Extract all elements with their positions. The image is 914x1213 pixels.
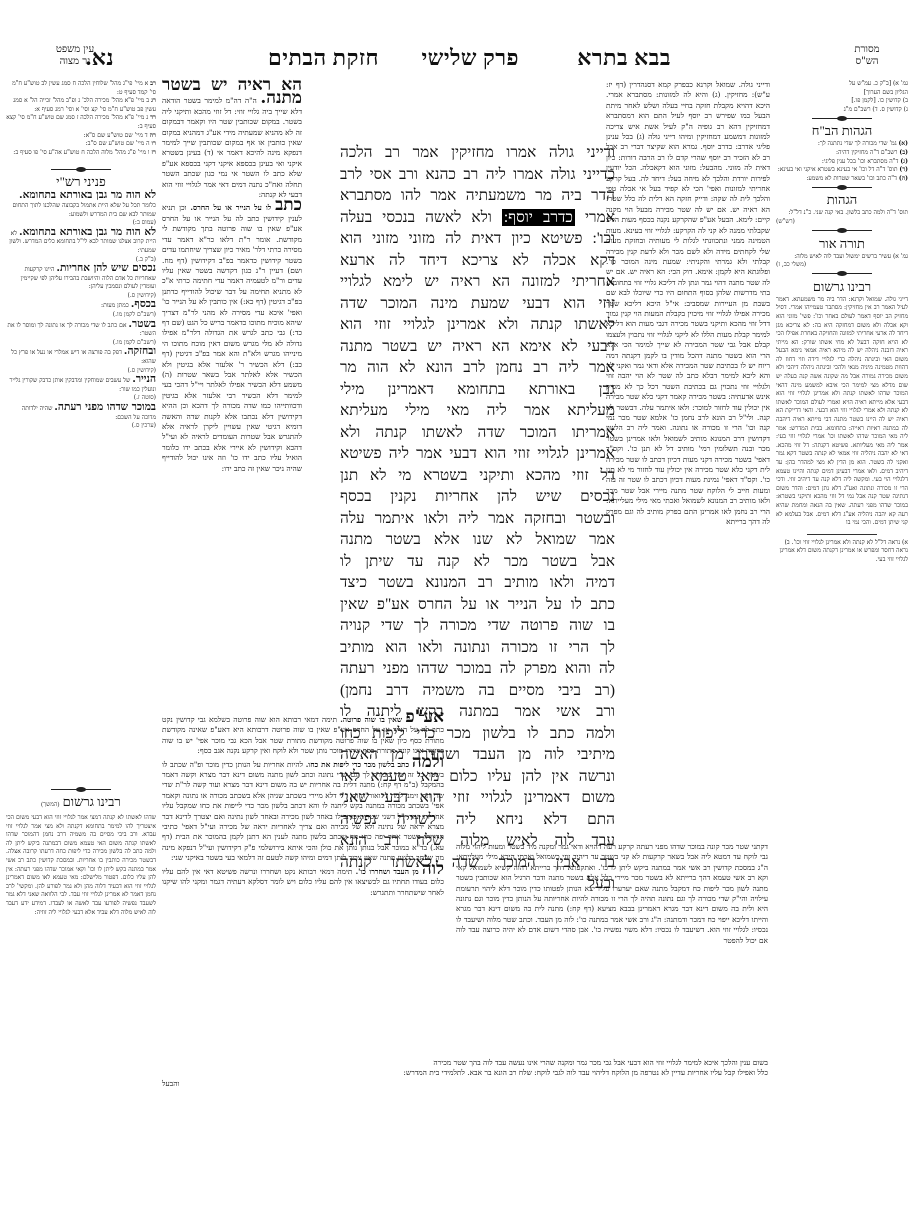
item-text: תוס' ד"ה דל וכו' אי בעינא בשטרא איקני וא… (778, 166, 898, 173)
pninei-rashi-item: לא הוה מר גבן באורתא בתחומא. כלומר תכל ע… (6, 191, 156, 227)
ein-mishpat-entry: רו ה מיי' שם טוש"ע שם ס"ב: (6, 140, 156, 149)
gemara-line: הדר ביה מר משמעתיה אמר להו מסתברא (340, 185, 615, 207)
rabbeinu-gershom-left: רבינו גרשום (המשך) שדהו לאשתו לא קנתה דמ… (6, 785, 156, 917)
ein-mishpat-entry: רז ו מיי' פ"ג מהל' מלוה הלכה ח טוש"ע אה"… (6, 149, 156, 158)
item-mark: (ה) (899, 175, 908, 182)
gemara-line: כתב לו על הנייר או על החרס אע"פ שאין (340, 594, 615, 616)
tractate-name: בבא בתרא (577, 46, 671, 70)
ein-mishpat-label: עין משפט (40, 44, 110, 56)
rashi-column: ודייני גולה. שמואל וקרנא כבפרק קמא דסנהד… (606, 80, 770, 527)
tosafot-paragraph: הא ראיה יש בשטר מתנה. ה"ה דה"מ למימר בשט… (162, 80, 302, 200)
hagahot-bach-item: (ה) ד"ה כתב וכו' בשאר שטרות לא משמע: (776, 175, 908, 184)
tosafot-line: לטעם זה דלמאי בעי בשטר באיקני שני: (171, 853, 283, 862)
tosafot-line: ר"י דלא מיירי בשכתב שניהן אלא בשכתב מכור… (162, 791, 348, 800)
item-head: לא הוה מר גבן באורתא בתחומא. (19, 226, 156, 238)
item-head: במוכר שדהו מפני רעתה. (54, 401, 156, 413)
highlighted-phrase: כדרב יוסף: (502, 209, 575, 226)
rashi-final: בשום ענין והלכך איכא למימר לגלויי זוזי ה… (162, 1058, 768, 1089)
tosafot-column: הא ראיה יש בשטר מתנה. ה"ה דה"מ למימר בשט… (162, 80, 302, 474)
gemara-line: אמר ליה רב נחמן לרב הונא לא הוה מר (340, 357, 615, 379)
item-head: לא הוה מר גבן באורתא בתחומא. (19, 189, 156, 201)
item-head: בכסף. (131, 298, 156, 310)
tosafot-line: להתגרש אבל שטרות העומדים לראיה (191, 432, 302, 441)
tosafot-line: הכשיר ר' אלעזר אלא בגיטין ולא (162, 360, 268, 369)
gemara-line: דקא אכלה לא צריכא דיחד לה ארעא (340, 250, 615, 272)
item-ref: (ערכין ס.) (6, 422, 156, 431)
hagahot-bach-section: (א) גמ' שדי מכורה לך שדי נתתנה לך: (ב) ר… (776, 140, 908, 183)
gemara-line: ודייני גולה אמרו מחזיקין אמר רב הלכה (340, 142, 615, 164)
rashi-line: שטר מתנה מיירי אבל שטר מכר (606, 486, 703, 495)
hagahot-text: תוס' ד"ה ולמה כתב בלשון. באי קנה שני. כ"… (776, 209, 908, 218)
gemara-line: אמרי כדרב יוסף: ולא לאשה בנכסי בעלה (340, 207, 615, 229)
catchword: והבעל (162, 1079, 768, 1089)
tosafot-line: הכשיר רבי אלעזר אלא בגיטין (162, 391, 261, 400)
tosafot-line: על הנייר או על החרס אע"פ שאין בו שוה פרו… (210, 725, 418, 734)
shas-label: הש"ס (832, 56, 902, 68)
rashi-line: עד דמטא ליה אבל בשאר קרקעות לא קני בשטר … (573, 852, 741, 861)
masoret-section: גמ' א) [ב"ק כ. עמ"ש על הגליון בשם הערוך]… (776, 80, 908, 114)
entry-mark: רה (150, 132, 156, 139)
gemara-line: דל זוזי מהכא ותיקני בשטרא מי לא תנן (340, 465, 615, 487)
gemara-line: אבל בשטר מכר לא קנה עד שיתן לו (340, 551, 615, 573)
tosafot-paragraph: אע"פ שאין בו שוה פרוטה. תימה דמאי רבותא … (162, 712, 444, 757)
hagahot-section: תוס' ד"ה ולמה כתב בלשון. באי קנה שני. כ"… (776, 209, 908, 226)
pninei-rashi-item: בשטר. אם כתב לו שדי מכורה לך או נתונה לך… (6, 320, 156, 348)
tosafot-line: שהיה ניכר שאין זה כתב ידו: (222, 464, 302, 473)
gemara-word: אמרי (585, 209, 615, 226)
tosafot-line: כתב לגרש את הגדולה דלר"מ אפילו (162, 328, 273, 337)
entry-text: ה מיי' שם טוש"ע שם ס"ב: (86, 140, 150, 147)
ornament-divider (776, 114, 908, 122)
rashi-line: אשי אמר במתנה ביקש ליתן לו כו'. ואתקפתא … (513, 863, 700, 872)
right-margin: גמ' א) [ב"ק כ. עמ"ש על הגליון בשם הערוך]… (776, 80, 908, 565)
pninei-rashi-section: לא הוה מר גבן באורתא בתחומא. כלומר תכל ע… (6, 191, 156, 430)
tosafot-line: דנפקא מינה להיכא דאמר אי (217, 148, 302, 157)
entry-text: ד מיי' שם טוש"ע שם ס"א: (84, 132, 148, 139)
hagahot-title: הגהות (776, 191, 908, 209)
ornament-divider (776, 183, 908, 191)
hagahot-ref: (רש"ש) (776, 218, 908, 227)
tosafot-dibbur-rest: מן העבד ושחררו כו'. (356, 867, 419, 876)
item-mark: (ג) (900, 158, 908, 165)
pninei-rashi-item: נכסים שיש להן אחריות. היינו קרקעות שאחרי… (6, 264, 156, 300)
rabbeinu-gershom-text: דייני גולה. שמואל וקרנא: הדר ביה מר משמע… (776, 296, 908, 528)
rashi-line: לשון מכר ליפות כח דמקבל מתנה שאם יערערו … (567, 884, 750, 893)
pninei-rashi-item: ובחזקה. דפק בה פורצה או דיש אמלרי או נעל… (6, 347, 156, 375)
item-mark: (ב) (899, 149, 908, 156)
pninei-rashi-item: הנייר. של עשבים שמוחקין ומדבקין אותן כדב… (6, 375, 156, 403)
ein-mishpat-entry: רה ד מיי' שם טוש"ע שם ס"א: (6, 132, 156, 141)
ornament-divider (6, 785, 156, 793)
rashi-line: וגם נתונה תהיה לך הרי זו מכורה להיות אחר… (516, 894, 685, 903)
ein-mishpat-entry: רב א מיי' פי"ג מהל' שלוחין הלכה ח סמג עש… (6, 80, 156, 97)
tosafot-line: אפי' בשכתב מכורה במתנה בקש ליתנה לו והא … (257, 801, 444, 810)
entry-mark: רו (152, 140, 156, 147)
item-mark: (ד) (899, 166, 908, 173)
rashi-paragraph: דקתני שטר מכר קונה במוכר שדהו מפני רעתה … (456, 842, 768, 946)
ornament-divider (6, 165, 156, 173)
gemara-line: אמר שמואל לא שנו אלא בשטר מתנה (340, 529, 615, 551)
gemara-line: אמריתו המוכר שדה לאשתו קנתה ולא (340, 422, 615, 444)
ornament-divider (776, 270, 908, 278)
item-head: הנייר. (132, 373, 156, 385)
gemara-line: גבן באורתא בתחומא דאמרינן מילי (340, 379, 615, 401)
tosafot-line: בכספא איקני דקני בכספא אע"פ (162, 159, 256, 168)
masoret-line: ב) קדושין כו. [לקמן פו.] (776, 97, 908, 106)
tosafot-dibbur-hamatchil: לוה (422, 859, 444, 879)
rashi-line: כלל ואפילו קבל עליו אחריות עדיין לא נטרפ… (162, 1068, 768, 1078)
rashi-lower: דקתני שטר מכר קונה במוכר שדהו מפני רעתה … (456, 842, 768, 946)
rabbeinu-gershom-left-title: רבינו גרשום (המשך) (6, 793, 156, 814)
hagahot-bach-title: הגהות הב"ח (776, 122, 908, 140)
tosafot-line: דעיין ר"נ כגון דקדשה בשטר שאין (178, 266, 283, 275)
tosafot-line: כתב ידו כו' וזה אינו יכול להודייף (162, 453, 266, 462)
torah-or-text: גמ' א) עשיר ברשים ימשול ועבד לוה לאיש מל… (776, 253, 908, 262)
rashi-line: דקתני שטר מכר קונה במוכר שדהו מפני רעתה … (604, 842, 768, 851)
gemara-line: לך הרי זו מכורה ונתונה ולאו הוא מותיב (340, 637, 615, 659)
hagahot-bach-item: (ד) תוס' ד"ה דל וכו' אי בעינא בשטרא איקנ… (776, 166, 908, 175)
masoret-line: הגליון בשם הערוך] (776, 89, 908, 98)
masoret-line: ג) קדושין ס. ד) רשב"ם מ"ג (776, 106, 908, 115)
chapter-number: פרק שלישי (421, 46, 519, 70)
item-head: ובחזקה. (124, 345, 156, 357)
rabbeinu-gershom-title: רבינו גרשום (776, 278, 908, 296)
gemara-line: אמרינן לגלויי זוזי הוא דבעי אמר ליה פשיט… (340, 443, 615, 465)
section-subtitle: (המשך) (41, 802, 59, 808)
tosafot-lower: אע"פ שאין בו שוה פרוטה. תימה דמאי רבותא … (162, 712, 444, 898)
tosafot-line: הכשיר אלא לאלתר אבל בשאר (202, 370, 302, 379)
item-text: גמ' שדי מכורה לך שדי נתתנה לך: (818, 140, 897, 147)
tosafot-line: שאין עשויין ליקרן לראיה אלא (162, 422, 260, 431)
entry-mark: רד (150, 114, 156, 121)
ner-mitzvah-label: נר מצוה (40, 56, 110, 68)
tosafot-dibbur-rest: שאין בו שוה פרוטה. (340, 715, 402, 724)
tosafot-paragraph: כתב לו על הנייר או על החרס. וכן תניא לענ… (162, 200, 302, 474)
tosafot-line: דגיטין (דף כא:) אין כותבין לא על (189, 297, 285, 306)
tosafot-line: אבל בנותן נותן את כולן והכי איתא בירושלמ… (199, 843, 389, 852)
hagahot-bach-item: (א) גמ' שדי מכורה לך שדי נתתנה לך: (776, 140, 908, 149)
entry-text: ג מיי' פ"א מהל' מכירה הלכה ז סמג שם טוש"… (6, 114, 156, 130)
gemara-line: ובשטר ובחזקה אמר ליה ולאו איתמר עלה (340, 508, 615, 530)
page-header: מסורת הש"ס חזקת הבתים פרק שלישי בבא בתרא… (0, 38, 914, 78)
rashi-line: בשום ענין והלכך איכא למימר לגלויי זוזי ה… (162, 1058, 768, 1068)
gemara-line: זוזי הוא דבעי שמעת מינה המוכר שדה (340, 293, 615, 315)
gemara-line: אחריתי למזונה הא ראיה יש לימא לגלויי (340, 271, 615, 293)
entry-mark: רב (150, 80, 156, 87)
tosafot-line: גדולה לא מלי מגרש משום דאין מוכח (191, 339, 302, 348)
tosafot-paragraph: לוה מן העבד ושחררו כו'. תימה דמאי רבותא … (162, 864, 444, 898)
gemara-line: וכו': פשיטא כיון דאית לה מזוני מזוני הוא (340, 228, 615, 250)
tosafot-line: מקודשת. אומר ר"ת דלאו כר"א דאמר (177, 235, 302, 244)
item-head: בשטר. (128, 318, 156, 330)
torah-or-ref: (משלי כב, ז) (776, 261, 908, 270)
tosafot-dibbur-rest: לו על הנייר או על החרס. (190, 203, 271, 212)
tosafot-line: יראה של נתינה ולא של מכירה ואם צריך לאחר… (219, 822, 424, 831)
item-text: רשב"ם ד"ה מחזיקין דהיה: (836, 149, 897, 156)
gemara-word: ולא לאשה בנכסי בעלה (340, 209, 492, 226)
rabbeinu-gershom-footnote: א) נראה דל"ל לא קנתה ולא אמרינן לגלויי ז… (776, 539, 908, 565)
entry-text: ו מיי' פ"ג מהל' מלוה הלכה ח טוש"ע אה"ע ס… (13, 149, 149, 156)
entry-mark: רג (151, 97, 156, 104)
pninei-rashi-item: לא הוה מר גבן באורתא בתחומא. לא היית קרו… (6, 228, 156, 264)
rashi-line: ולאו מותיב רב המנונא לשמואל (682, 496, 770, 505)
torah-or-section: גמ' א) עשיר ברשים ימשול ועבד לוה לאיש מל… (776, 253, 908, 270)
hagahot-bach-item: (ג) ד"ה מסתברא וכו' בכל ענין פליגי: (776, 158, 908, 167)
item-text: ד"ה כתב וכו' בשאר שטרות לא משמע: (806, 175, 897, 182)
tosafot-line: שלא כתב לו השטר אי נמי כגון שכתב (184, 169, 302, 178)
torah-or-title: תורה אור (776, 235, 908, 253)
gemara-line: מעליתא אמר ליה מאי מילי מעליתא (340, 400, 615, 422)
item-text: כמתן מעות: (101, 302, 129, 309)
tosafot-line: תימה דמאי רבותא נקט ושחררו ונרשה פשיטא ד… (177, 867, 353, 876)
tosafot-dibbur-hamatchil: ולמה (412, 752, 444, 772)
item-head: נכסים שיש להן אחריות. (56, 262, 156, 274)
gemara-line: כדייני גולה אמרו ליה רב כהנא ורב אסי לרב (340, 164, 615, 186)
left-margin: רב א מיי' פי"ג מהל' שלוחין הלכה ח סמג עש… (6, 80, 156, 431)
tosafot-line: לך וגם שדי נתונה וכתב לשון מתנה משום דינ… (181, 770, 370, 779)
tosafot-line: ודכוותייהו כמו שדה מכורה לך דהכא (192, 401, 302, 410)
ein-mishpat-entry: רג ב מיי' פ"א מהל' מכירה הלכ' ג ופ"ב מהל… (6, 97, 156, 114)
hagahot-bach-item: (ב) רשב"ם ד"ה מחזיקין דהיה: (776, 149, 908, 158)
masoret-label: מסורת (832, 44, 902, 56)
tosafot-line: כסף שהרי מוכר נותן שטר ולא לוקח ואין קרק… (197, 746, 374, 755)
gemara-line: לה והוא מפרק לה במוכר שדהו מפני רעתה (340, 658, 615, 680)
item-text: ד"ה מסתברא וכו' בכל ענין פליגי: (822, 158, 899, 165)
tosafot-paragraph: ולמה כתב בלשון מכר כדי ליפות את כחו. להי… (162, 757, 444, 864)
rashi-paragraph: ודייני גולה. שמואל וקרנא כבפרק קמא דסנהד… (606, 80, 770, 527)
ein-mishpat-entry: רד ג מיי' פ"א מהל' מכירה הלכה ז סמג שם ט… (6, 114, 156, 131)
tosafot-dibbur-rest: כתב בלשון מכר כדי ליפות את כחו. (306, 760, 409, 769)
gemara-line: דבעי לא אימא הא ראיה יש בשטר מתנה (340, 336, 615, 358)
tosafot-line: שאין בו שוה פרוטה בתך מקודשת לי (162, 224, 281, 233)
masoret-line: גמ' א) [ב"ק כ. עמ"ש על (776, 80, 908, 89)
ornament-divider (776, 227, 908, 235)
rashi-line: דאמרינן בבבא מציעא (דף קח:) מתנה לית בה … (474, 904, 660, 913)
gemara-line: בו שוה פרוטה שדי מכורה לך שדי קנויה (340, 615, 615, 637)
ein-mishpat-header: עין משפט נר מצוה (40, 44, 110, 68)
gemara-line: לאשתו קנתה ולא אמרינן לגלויי זוזי הוא (340, 314, 615, 336)
gemara-line: (רב ביבי מסיים בה משמיה דרב נחמן) (340, 680, 615, 702)
section-title: רבינו גרשום (63, 794, 121, 809)
masoret-header: מסורת הש"ס (832, 44, 902, 68)
gemara-line: נכסים שיש להן אחריות נקנין בכסף (340, 486, 615, 508)
footnote-rule (807, 534, 877, 535)
chapter-name: חזקת הבתים (268, 46, 379, 70)
item-mark: (א) (898, 140, 908, 147)
item-text: כלומר תכל על שלא היית אתמול בקבוצה שהלכנ… (12, 202, 156, 218)
rabbeinu-gershom-left-text: שדהו לאשתו לא קנתה דמצי אמר לגלויי זוזי … (6, 814, 156, 917)
pninei-rashi-item: במוכר שדהו מפני רעתה. שהיה ילדותה מדוכה … (6, 403, 156, 431)
ein-mishpat-section: רב א מיי' פי"ג מהל' שלוחין הלכה ח סמג עש… (6, 80, 156, 157)
entry-text: א מיי' פי"ג מהל' שלוחין הלכה ח סמג עשין … (12, 80, 156, 96)
tosafot-dibbur-hamatchil: כתב (275, 195, 302, 215)
gemara-line: דמיה ולאו מותיב רב המנונא בשטר כיצד (340, 572, 615, 594)
entry-text: ב מיי' פ"א מהל' מכירה הלכ' ג ופ"ב מהל' ז… (13, 97, 156, 113)
entry-mark: רז (151, 149, 156, 156)
rashi-line: אשי אמר במתנה כו': לוה מן העבד. וכתב שטר… (464, 915, 637, 924)
rashi-line: רב נחמן לאו אמרינן התם בפרק (666, 507, 757, 516)
tosafot-dibbur-hamatchil: אע"פ (405, 707, 444, 727)
